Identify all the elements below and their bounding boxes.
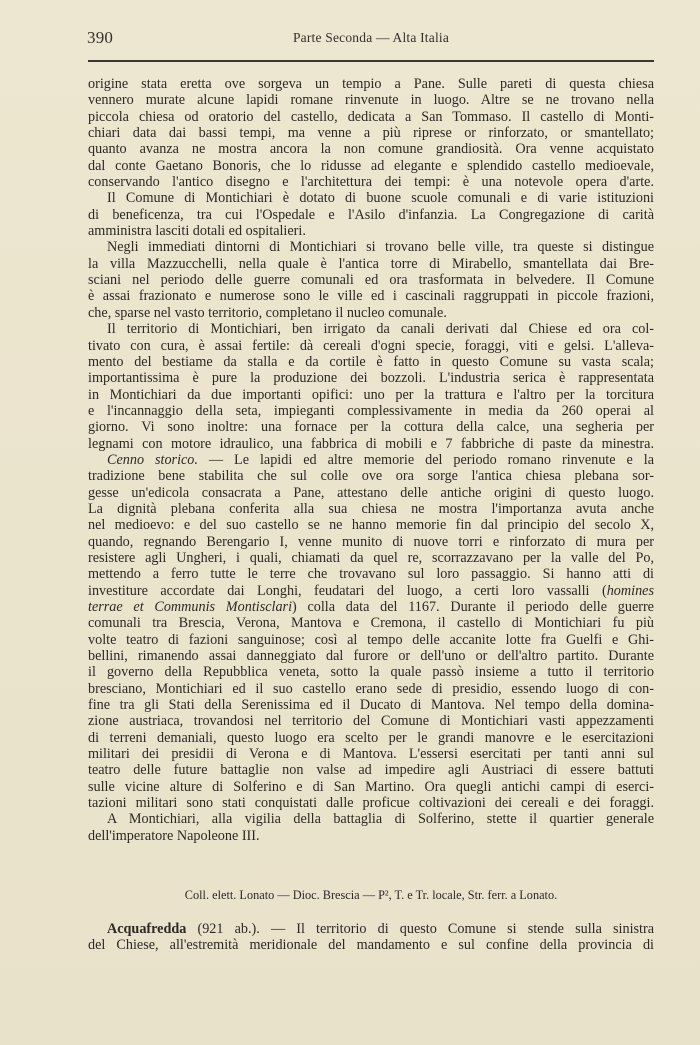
text-run: — Le lapidi ed altre memorie del periodo… (198, 452, 654, 468)
text-line: tazioni militari sono stati conquistati … (88, 795, 654, 811)
body-text: origine stata eretta ove sorgeva un temp… (88, 76, 654, 844)
running-head: Parte Seconda — Alta Italia (87, 30, 655, 46)
paragraph: Il territorio di Montichiari, ben irriga… (88, 321, 654, 452)
text-line: teatro delle future battaglie non valse … (88, 762, 654, 778)
book-page: 390 Parte Seconda — Alta Italia origine … (0, 0, 700, 1045)
latin-phrase: homines (607, 583, 654, 599)
paragraph: Negli immediati dintorni di Montichiari … (88, 239, 654, 321)
text-line: quanto avanza ne mostra ancora la non co… (88, 141, 654, 157)
text-line: Cenno storico. — Le lapidi ed altre memo… (88, 452, 654, 468)
text-line: è assai frazionato e numerose sono le vi… (88, 288, 654, 304)
text-line: di beneficenza, tra cui l'Ospedale e l'A… (88, 207, 654, 223)
text-line: Acquafredda (921 ab.). — Il territorio d… (88, 921, 654, 937)
text-line: vennero murate alcune lapidi romane rinv… (88, 92, 654, 108)
paragraph: A Montichiari, alla vigilia della battag… (88, 811, 654, 844)
text-line: Negli immediati dintorni di Montichiari … (88, 239, 654, 255)
text-line: che, sparse nel vasto territorio, comple… (88, 305, 654, 321)
text-line: di terreni demaniali, questo luogo era s… (88, 730, 654, 746)
text-line: comunali tra Brescia, Verona, Mantova e … (88, 615, 654, 631)
text-line: bellini, rimanendo assai danneggiato dal… (88, 648, 654, 664)
text-line: sulle vicine alture di Solferino e di Sa… (88, 779, 654, 795)
text-line: Il Comune di Montichiari è dotato di buo… (88, 190, 654, 206)
text-line: e l'incannaggio della seta, impieganti c… (88, 403, 654, 419)
text-line: tradizione bene stabilita che sul colle … (88, 468, 654, 484)
text-line: zione austriaca, trovandosi nel territor… (88, 713, 654, 729)
text-line: chiari data dai bassi tempi, ma venne a … (88, 125, 654, 141)
text-line: piccola chiesa od oratorio del castello,… (88, 109, 654, 125)
text-line: tivato con cura, è assai fertile: dà cer… (88, 338, 654, 354)
text-line: la villa Mazzucchelli, nella quale è l'a… (88, 256, 654, 272)
header-rule (88, 60, 654, 62)
text-line: giorno. Vi sono inoltre: una fornace per… (88, 419, 654, 435)
page-header: 390 Parte Seconda — Alta Italia (87, 28, 655, 52)
text-line: legnami con motore idraulico, una fabbri… (88, 436, 654, 452)
text-run: ) colla data del 1167. Durante il period… (292, 599, 654, 615)
paragraph-cenno-storico: Cenno storico. — Le lapidi ed altre memo… (88, 452, 654, 812)
latin-phrase: terrae et Communis Montisclari (88, 599, 292, 615)
text-line: in Montichiari da due importanti opifici… (88, 387, 654, 403)
text-line: terrae et Communis Montisclari) colla da… (88, 599, 654, 615)
text-line: dal conte Gaetano Bonoris, che lo riduss… (88, 158, 654, 174)
text-run: investiture accordate dai Longhi, feudat… (88, 583, 607, 599)
text-line: Il territorio di Montichiari, ben irriga… (88, 321, 654, 337)
footnote-admin-info: Coll. elett. Lonato — Dioc. Brescia — P²… (88, 888, 654, 903)
text-line: A Montichiari, alla vigilia della battag… (88, 811, 654, 827)
text-line: dell'imperatore Napoleone III. (88, 828, 654, 844)
paragraph: Il Comune di Montichiari è dotato di buo… (88, 190, 654, 239)
text-line: nel medioevo: e del suo castello se ne h… (88, 517, 654, 533)
paragraph: origine stata eretta ove sorgeva un temp… (88, 76, 654, 190)
text-line: volte teatro di fazioni sanguinose; così… (88, 632, 654, 648)
text-line: fine tra gli Stati della Serenissima ed … (88, 697, 654, 713)
text-line: bresciano, Montichiari ed il suo castell… (88, 681, 654, 697)
entry-acquafredda: Acquafredda (921 ab.). — Il territorio d… (88, 921, 654, 954)
text-line: il governo della Repubblica veneta, sott… (88, 664, 654, 680)
text-line: quando, regnando Berengario I, venne mun… (88, 534, 654, 550)
text-line: importantissima è pure la produzione dei… (88, 370, 654, 386)
section-heading-italic: Cenno storico. (107, 452, 198, 468)
text-line: amministra lasciti dotali ed ospitalieri… (88, 223, 654, 239)
text-line: del Chiese, all'estremità meridionale de… (88, 937, 654, 953)
text-line: resistere agli Ungheri, i quali, chiamat… (88, 550, 654, 566)
text-run: (921 ab.). — Il territorio di questo Com… (186, 921, 654, 937)
text-line: conservando l'antico disegno e l'archite… (88, 174, 654, 190)
text-line: mettendo a ferro tutte le terre che trov… (88, 566, 654, 582)
text-line: mento del bestiame da stalla e da cortil… (88, 354, 654, 370)
text-line: investiture accordate dai Longhi, feudat… (88, 583, 654, 599)
text-line: La dignità plebana conferita alla sua ch… (88, 501, 654, 517)
text-line: origine stata eretta ove sorgeva un temp… (88, 76, 654, 92)
text-line: sciani nel periodo delle guerre comunali… (88, 272, 654, 288)
text-line: gesse un'edicola consacrata a Pane, atte… (88, 485, 654, 501)
text-line: militari dei presidii di Verona e di Man… (88, 746, 654, 762)
entry-name: Acquafredda (107, 921, 186, 937)
